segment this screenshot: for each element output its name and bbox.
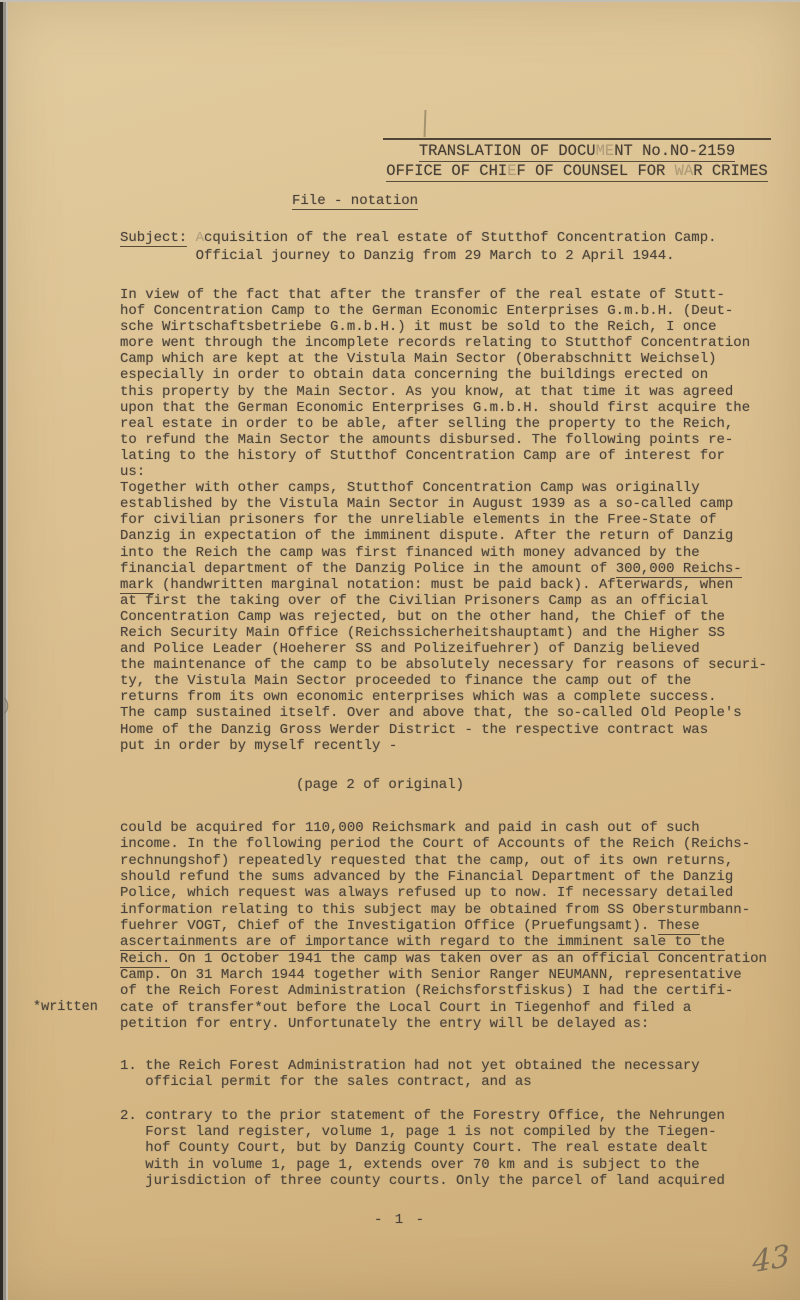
- text-line: Reich Security Main Office (Reichssicher…: [120, 625, 767, 641]
- text-line: ascertainments are of importance with re…: [120, 934, 767, 950]
- text-line: this property by the Main Sector. As you…: [120, 384, 767, 400]
- text-line: File - notation: [292, 192, 418, 210]
- text-line: petition for entry. Unfortunately the en…: [120, 1016, 767, 1032]
- text-line: hof Concentration Camp to the German Eco…: [120, 303, 767, 319]
- text-line: real estate in order to be able, after s…: [120, 416, 767, 432]
- text-line: hof County Court, but by Danzig County C…: [120, 1140, 725, 1156]
- text-line: put in order by myself recently -: [120, 738, 767, 754]
- text-line: to refund the Main Sector the amounts di…: [120, 432, 767, 448]
- text-line: jurisdiction of three county courts. Onl…: [120, 1173, 725, 1189]
- document-header: TRANSLATION OF DOCUMENT No.NO-2159OFFICE…: [383, 138, 771, 182]
- numbered-list-item-1: 1. the Reich Forest Administration had n…: [120, 1058, 700, 1090]
- text-line: The camp sustained itself. Over and abov…: [120, 705, 767, 721]
- underlined-text: mark: [120, 577, 154, 594]
- text-line: OFFICE OF CHIEF OF COUNSEL FOR WAR CRIME…: [386, 162, 767, 182]
- text-line: Camp. On 31 March 1944 together with Sen…: [120, 967, 767, 983]
- underlined-text: These: [658, 918, 700, 935]
- text-line: Together with other camps, Stutthof Conc…: [120, 480, 767, 496]
- text-line: information relating to this subject may…: [120, 902, 767, 918]
- text-line: for civilian prisoners for the unreliabl…: [120, 512, 767, 528]
- underlined-text: 300,000 Reichs-: [616, 561, 742, 578]
- text-line: of the Reich Forest Administration (Reic…: [120, 983, 767, 999]
- underlined-text: Subject:: [120, 230, 187, 247]
- text-line: Reich. On 1 October 1941 the camp was ta…: [120, 951, 767, 967]
- faded-text: WA: [675, 162, 694, 180]
- handwritten-page-number: 43: [752, 1239, 791, 1281]
- file-notation-heading: File - notation: [292, 192, 418, 210]
- text-line: Home of the Danzig Gross Werder District…: [120, 722, 767, 738]
- text-line: Camp which are kept at the Vistula Main …: [120, 351, 767, 367]
- text-line: the maintenance of the camp to be absolu…: [120, 657, 767, 673]
- text-line: fuehrer VOGT, Chief of the Investigation…: [120, 918, 767, 934]
- margin-note-written: *written: [33, 1000, 98, 1015]
- text-line: could be acquired for 110,000 Reichsmark…: [120, 820, 767, 836]
- underlined-text: Reich.: [120, 951, 170, 968]
- text-line: at first the taking over of the Civilian…: [120, 593, 767, 609]
- text-line: established by the Vistula Main Sector i…: [120, 496, 767, 512]
- subject-block: Subject: Acquisition of the real estate …: [120, 230, 717, 265]
- text-line: Official journey to Danzig from 29 March…: [120, 248, 717, 266]
- text-line: sche Wirtschaftsbetriebe G.m.b.H.) it mu…: [120, 319, 767, 335]
- pencil-mark-parenthesis: ): [3, 696, 10, 716]
- body-paragraph-1: In view of the fact that after the trans…: [120, 287, 767, 754]
- numbered-list-item-2: 2. contrary to the prior statement of th…: [120, 1108, 725, 1189]
- text-line: and Police Leader (Hoeherer SS and Poliz…: [120, 641, 767, 657]
- scan-edge-left-light: [6, 0, 8, 1300]
- page-2-of-original-marker: (page 2 of original): [120, 777, 640, 793]
- text-line: income. In the following period the Cour…: [120, 836, 767, 852]
- document-page: ) TRANSLATION OF DOCUMENT No.NO-2159OFFI…: [0, 0, 800, 1300]
- page-number-footer: - 1 -: [0, 1212, 800, 1228]
- text-line: upon that the German Economic Enterprise…: [120, 400, 767, 416]
- text-line: with in volume 1, page 1, extends over 7…: [120, 1157, 725, 1173]
- text-line: into the Reich the camp was first financ…: [120, 545, 767, 561]
- text-line: Subject: Acquisition of the real estate …: [120, 230, 717, 248]
- text-line: financial department of the Danzig Polic…: [120, 561, 767, 577]
- underlined-text: ascertainments are of importance with re…: [120, 934, 725, 951]
- text-line: 1. the Reich Forest Administration had n…: [120, 1058, 700, 1074]
- text-line: TRANSLATION OF DOCUMENT No.NO-2159: [419, 142, 735, 162]
- text-line: Forst land register, volume 1, page 1 is…: [120, 1124, 725, 1140]
- text-line: Concentration Camp was rejected, but on …: [120, 609, 767, 625]
- text-line: Danzig in expectation of the imminent di…: [120, 528, 767, 544]
- text-line: In view of the fact that after the trans…: [120, 287, 767, 303]
- text-line: mark (handwritten marginal notation: mus…: [120, 577, 767, 593]
- text-line: lating to the history of Stutthof Concen…: [120, 448, 767, 464]
- underlined-text: File - notation: [292, 193, 418, 210]
- text-line: cate of transfer*out before the Local Co…: [120, 1000, 767, 1016]
- text-line: official permit for the sales contract, …: [120, 1074, 700, 1090]
- text-line: us:: [120, 464, 767, 480]
- text-line: especially in order to obtain data conce…: [120, 367, 767, 383]
- faded-text: E: [507, 162, 516, 180]
- text-line: 2. contrary to the prior statement of th…: [120, 1108, 725, 1124]
- text-line: rechnungshof) repeatedly requested that …: [120, 853, 767, 869]
- text-line: returns from its own economic enterprise…: [120, 689, 767, 705]
- pen-stroke-mark: [424, 110, 427, 137]
- scan-edge-top: [0, 0, 800, 2]
- text-line: should refund the sums advanced by the F…: [120, 869, 767, 885]
- faded-text: ME: [596, 142, 615, 160]
- body-paragraph-2: could be acquired for 110,000 Reichsmark…: [120, 820, 767, 1032]
- text-line: more went through the incomplete records…: [120, 335, 767, 351]
- faded-text: A: [196, 230, 204, 246]
- text-line: Police, which request was always refused…: [120, 885, 767, 901]
- text-line: ty, the Vistula Main Sector proceeded to…: [120, 673, 767, 689]
